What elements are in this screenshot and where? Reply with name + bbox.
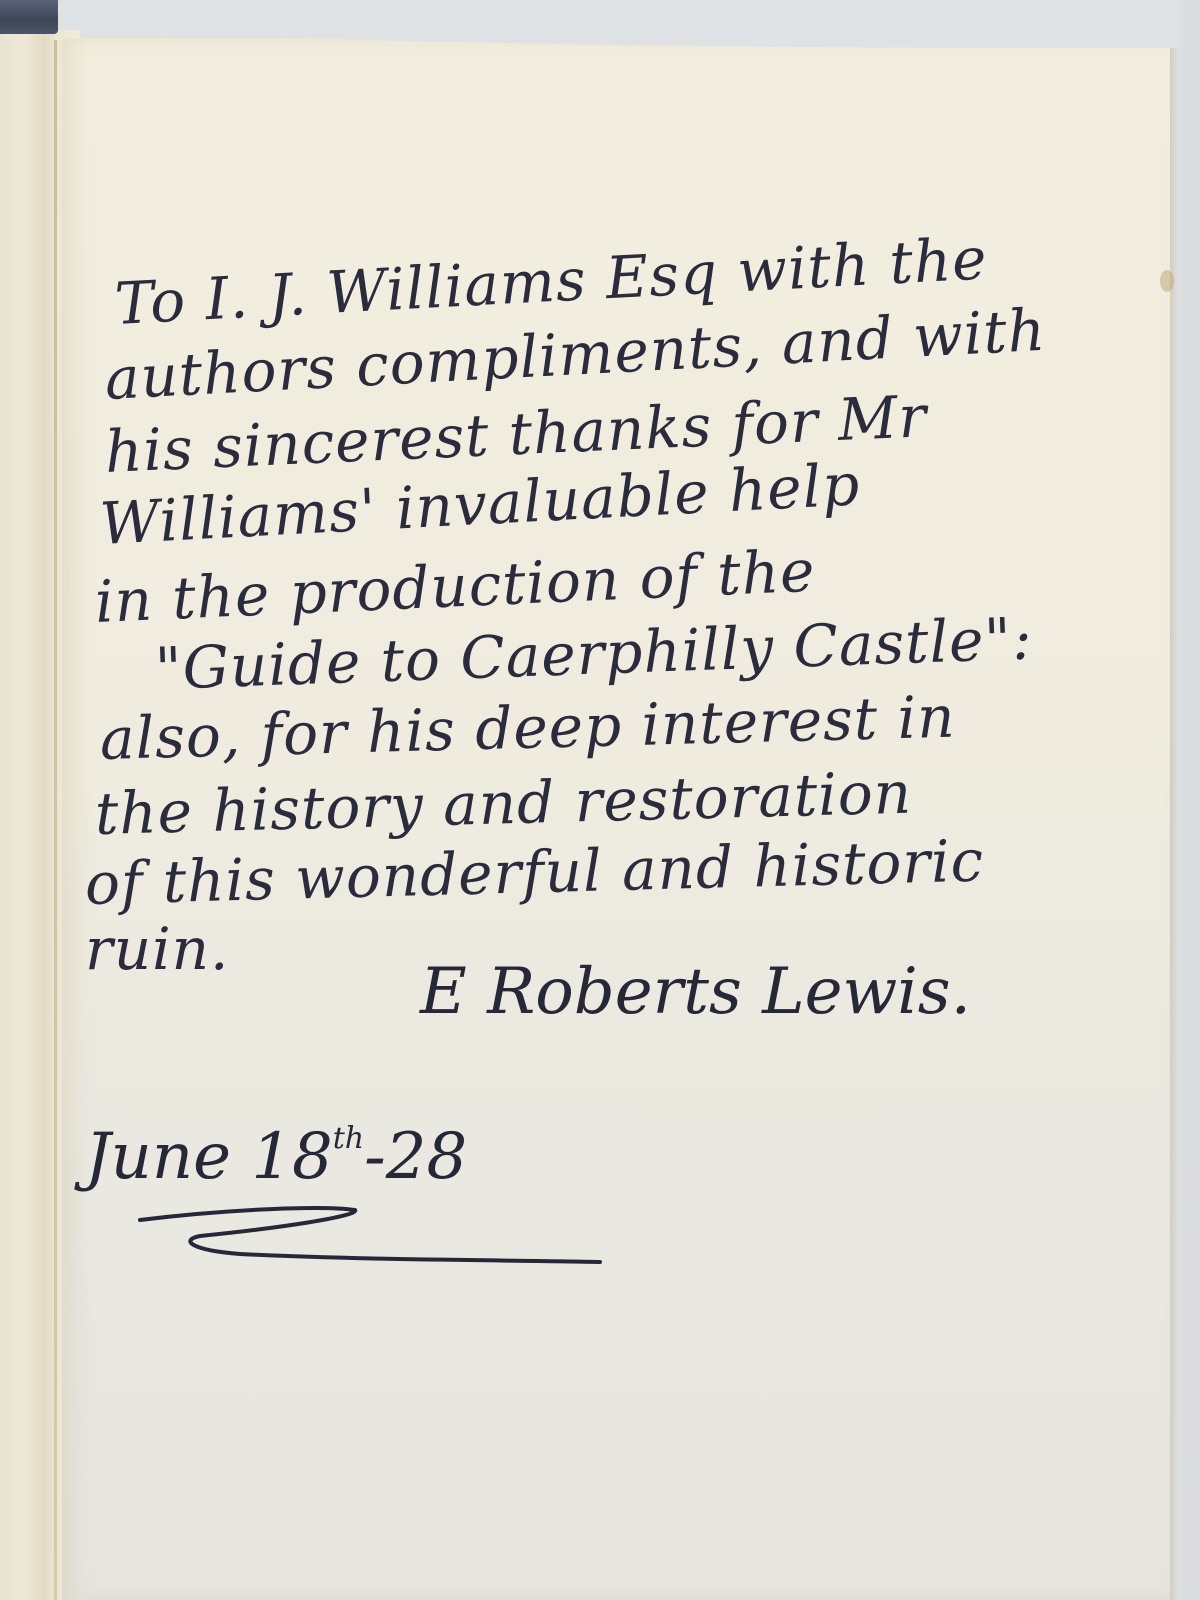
signature: E Roberts Lewis.: [420, 955, 971, 1029]
book-binding-cloth: [0, 0, 58, 34]
underline-flourish-icon: [80, 1150, 620, 1280]
gutter-crease: [54, 40, 57, 1600]
inscription-line: ruin.: [85, 915, 229, 983]
background-surface: [1168, 0, 1200, 1600]
foxing-stain: [1160, 270, 1174, 292]
book-photo: To I. J. Williams Esq with the authors c…: [0, 0, 1200, 1600]
